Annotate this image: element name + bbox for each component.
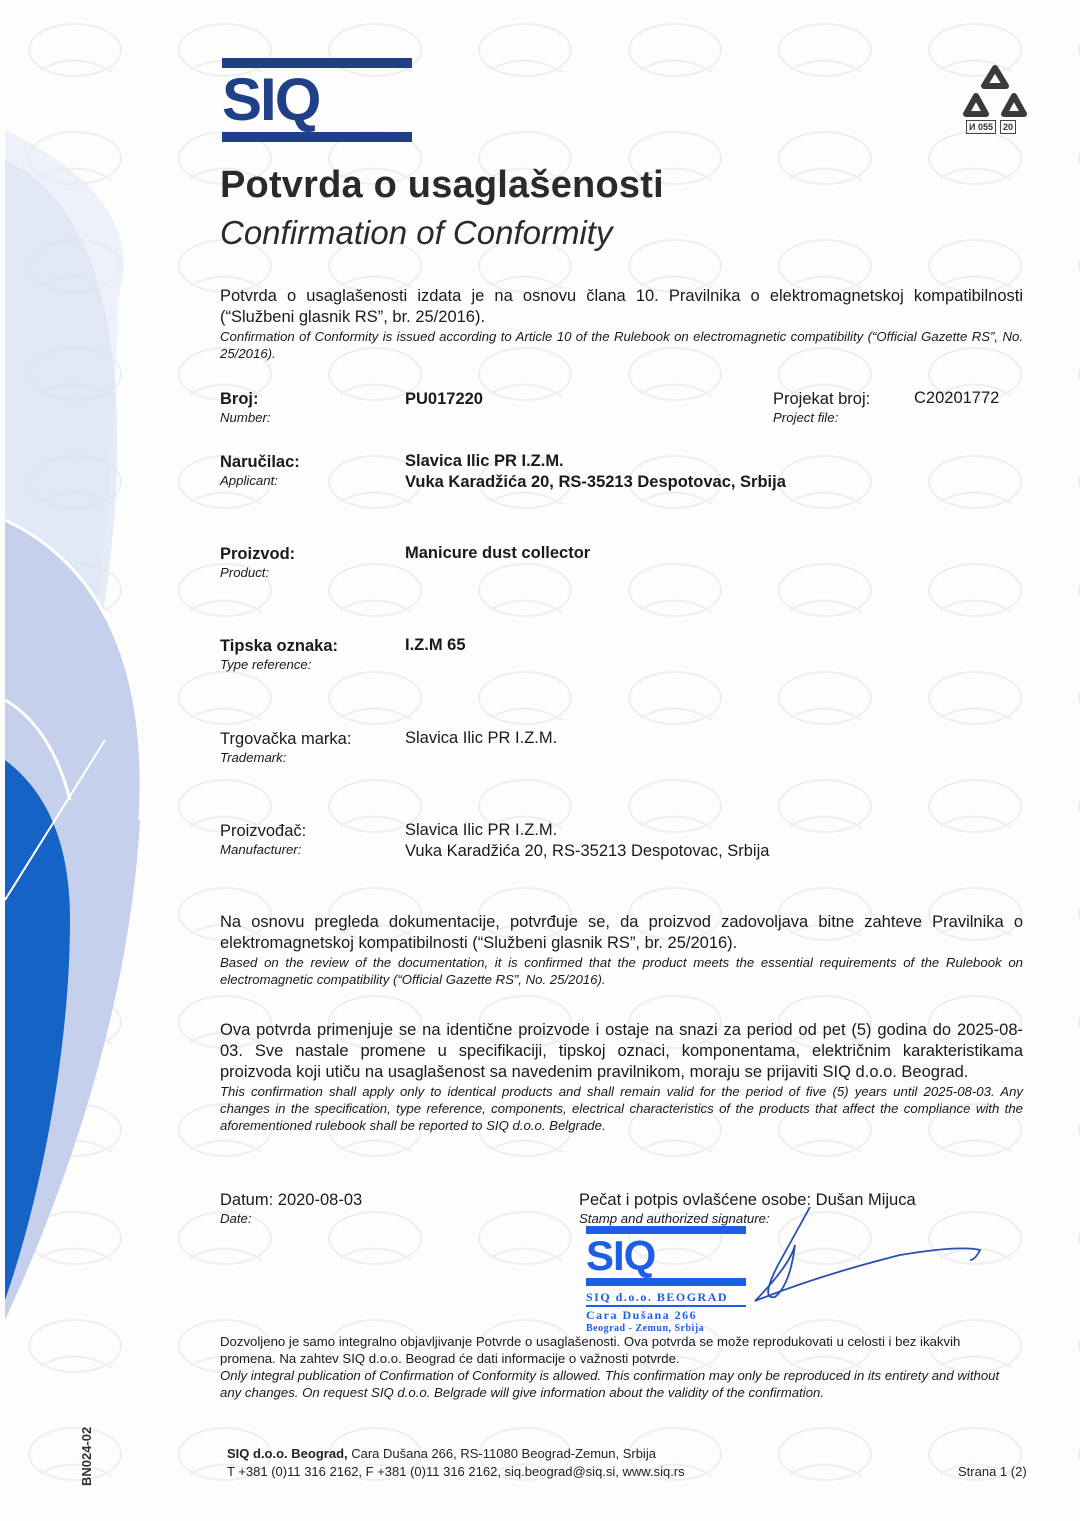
- siq-logo: SIQ: [222, 58, 412, 142]
- intro-en: Confirmation of Conformity is issued acc…: [220, 328, 1023, 362]
- logo-text: SIQ: [222, 66, 319, 133]
- logo-bar-bottom: [222, 132, 412, 142]
- validity-paragraph: Ova potvrda primenjuje se na identične p…: [220, 1020, 1023, 1134]
- stamp-logo: SIQ: [586, 1234, 746, 1278]
- product-value: Manicure dust collector: [405, 543, 590, 564]
- notice-paragraph: Dozvoljeno je samo integralno objavljiva…: [220, 1333, 1010, 1401]
- applicant-address: Vuka Karadžića 20, RS-35213 Despotovac, …: [405, 472, 786, 493]
- stamp-line-2: Cara Dušana 266: [586, 1308, 746, 1322]
- notice-sr: Dozvoljeno je samo integralno objavljiva…: [220, 1333, 1010, 1367]
- applicant-name: Slavica Ilic PR I.Z.M.: [405, 451, 786, 472]
- applicant-value: Slavica Ilic PR I.Z.M. Vuka Karadžića 20…: [405, 451, 786, 493]
- date-group: Datum: 2020-08-03 Date:: [220, 1190, 362, 1227]
- logo-wordmark: SIQ: [222, 70, 412, 130]
- trademark-sublabel: Trademark:: [220, 749, 351, 766]
- accreditation-mark: И 055 20: [962, 62, 1028, 136]
- statement-paragraph: Na osnovu pregleda dokumentacije, potvrđ…: [220, 912, 1023, 988]
- product-label-group: Proizvod: Product:: [220, 544, 295, 581]
- date-label: Datum:: [220, 1191, 273, 1209]
- product-sublabel: Product:: [220, 564, 295, 581]
- type-reference-label-group: Tipska oznaka: Type reference:: [220, 636, 338, 673]
- statement-sr: Na osnovu pregleda dokumentacije, potvrđ…: [220, 912, 1023, 954]
- applicant-label: Naručilac:: [220, 452, 300, 472]
- stamp-line-1: SIQ d.o.o. BEOGRAD: [586, 1290, 746, 1304]
- number-label: Broj:: [220, 389, 271, 409]
- date-value: 2020-08-03: [278, 1191, 362, 1209]
- accreditation-triangles-icon: [962, 62, 1028, 120]
- document-subtitle: Confirmation of Conformity: [220, 214, 612, 252]
- footer: SIQ d.o.o. Beograd, Cara Dušana 266, RS-…: [227, 1445, 685, 1481]
- project-label-group: Projekat broj: Project file:: [773, 389, 870, 426]
- manufacturer-address: Vuka Karadžića 20, RS-35213 Despotovac, …: [405, 841, 769, 862]
- manufacturer-label: Proizvođač:: [220, 821, 306, 841]
- page-number: Strana 1 (2): [958, 1464, 1027, 1479]
- manufacturer-name: Slavica Ilic PR I.Z.M.: [405, 820, 769, 841]
- trademark-label: Trgovačka marka:: [220, 729, 351, 749]
- accreditation-year: 20: [1000, 120, 1016, 134]
- trademark-value: Slavica Ilic PR I.Z.M.: [405, 728, 557, 749]
- applicant-label-group: Naručilac: Applicant:: [220, 452, 300, 489]
- manufacturer-label-group: Proizvođač: Manufacturer:: [220, 821, 306, 858]
- validity-sr: Ova potvrda primenjuje se na identične p…: [220, 1020, 1023, 1083]
- footer-contact: T +381 (0)11 316 2162, F +381 (0)11 316 …: [227, 1463, 685, 1481]
- type-reference-sublabel: Type reference:: [220, 656, 338, 673]
- number-value: PU017220: [405, 389, 483, 410]
- accreditation-code: И 055: [966, 120, 996, 134]
- manufacturer-sublabel: Manufacturer:: [220, 841, 306, 858]
- official-stamp: SIQ SIQ d.o.o. BEOGRAD Cara Dušana 266 B…: [586, 1226, 746, 1336]
- document-title: Potvrda o usaglašenosti: [220, 164, 664, 207]
- stamp-bar-bottom: [586, 1278, 746, 1286]
- project-value: C20201772: [914, 388, 999, 409]
- stamp-line-3: Beograd - Zemun, Srbija: [586, 1322, 746, 1336]
- trademark-label-group: Trgovačka marka: Trademark:: [220, 729, 351, 766]
- number-sublabel: Number:: [220, 409, 271, 426]
- footer-company: SIQ d.o.o. Beograd,: [227, 1446, 348, 1461]
- handwritten-signature: [730, 1205, 990, 1305]
- intro-paragraph: Potvrda o usaglašenosti izdata je na osn…: [220, 286, 1023, 362]
- manufacturer-value: Slavica Ilic PR I.Z.M. Vuka Karadžića 20…: [405, 820, 769, 862]
- footer-address: Cara Dušana 266, RS-11080 Beograd-Zemun,…: [348, 1446, 656, 1461]
- number-label-group: Broj: Number:: [220, 389, 271, 426]
- date-sublabel: Date:: [220, 1210, 362, 1227]
- product-label: Proizvod:: [220, 544, 295, 564]
- notice-en: Only integral publication of Confirmatio…: [220, 1367, 1010, 1401]
- validity-en: This confirmation shall apply only to id…: [220, 1083, 1023, 1134]
- decorative-arcs: [0, 0, 220, 1521]
- form-code: BN024-02: [79, 1427, 94, 1486]
- intro-sr: Potvrda o usaglašenosti izdata je na osn…: [220, 286, 1023, 328]
- type-reference-value: I.Z.M 65: [405, 635, 466, 656]
- project-sublabel: Project file:: [773, 409, 870, 426]
- project-label: Projekat broj:: [773, 389, 870, 409]
- applicant-sublabel: Applicant:: [220, 472, 300, 489]
- type-reference-label: Tipska oznaka:: [220, 636, 338, 656]
- statement-en: Based on the review of the documentation…: [220, 954, 1023, 988]
